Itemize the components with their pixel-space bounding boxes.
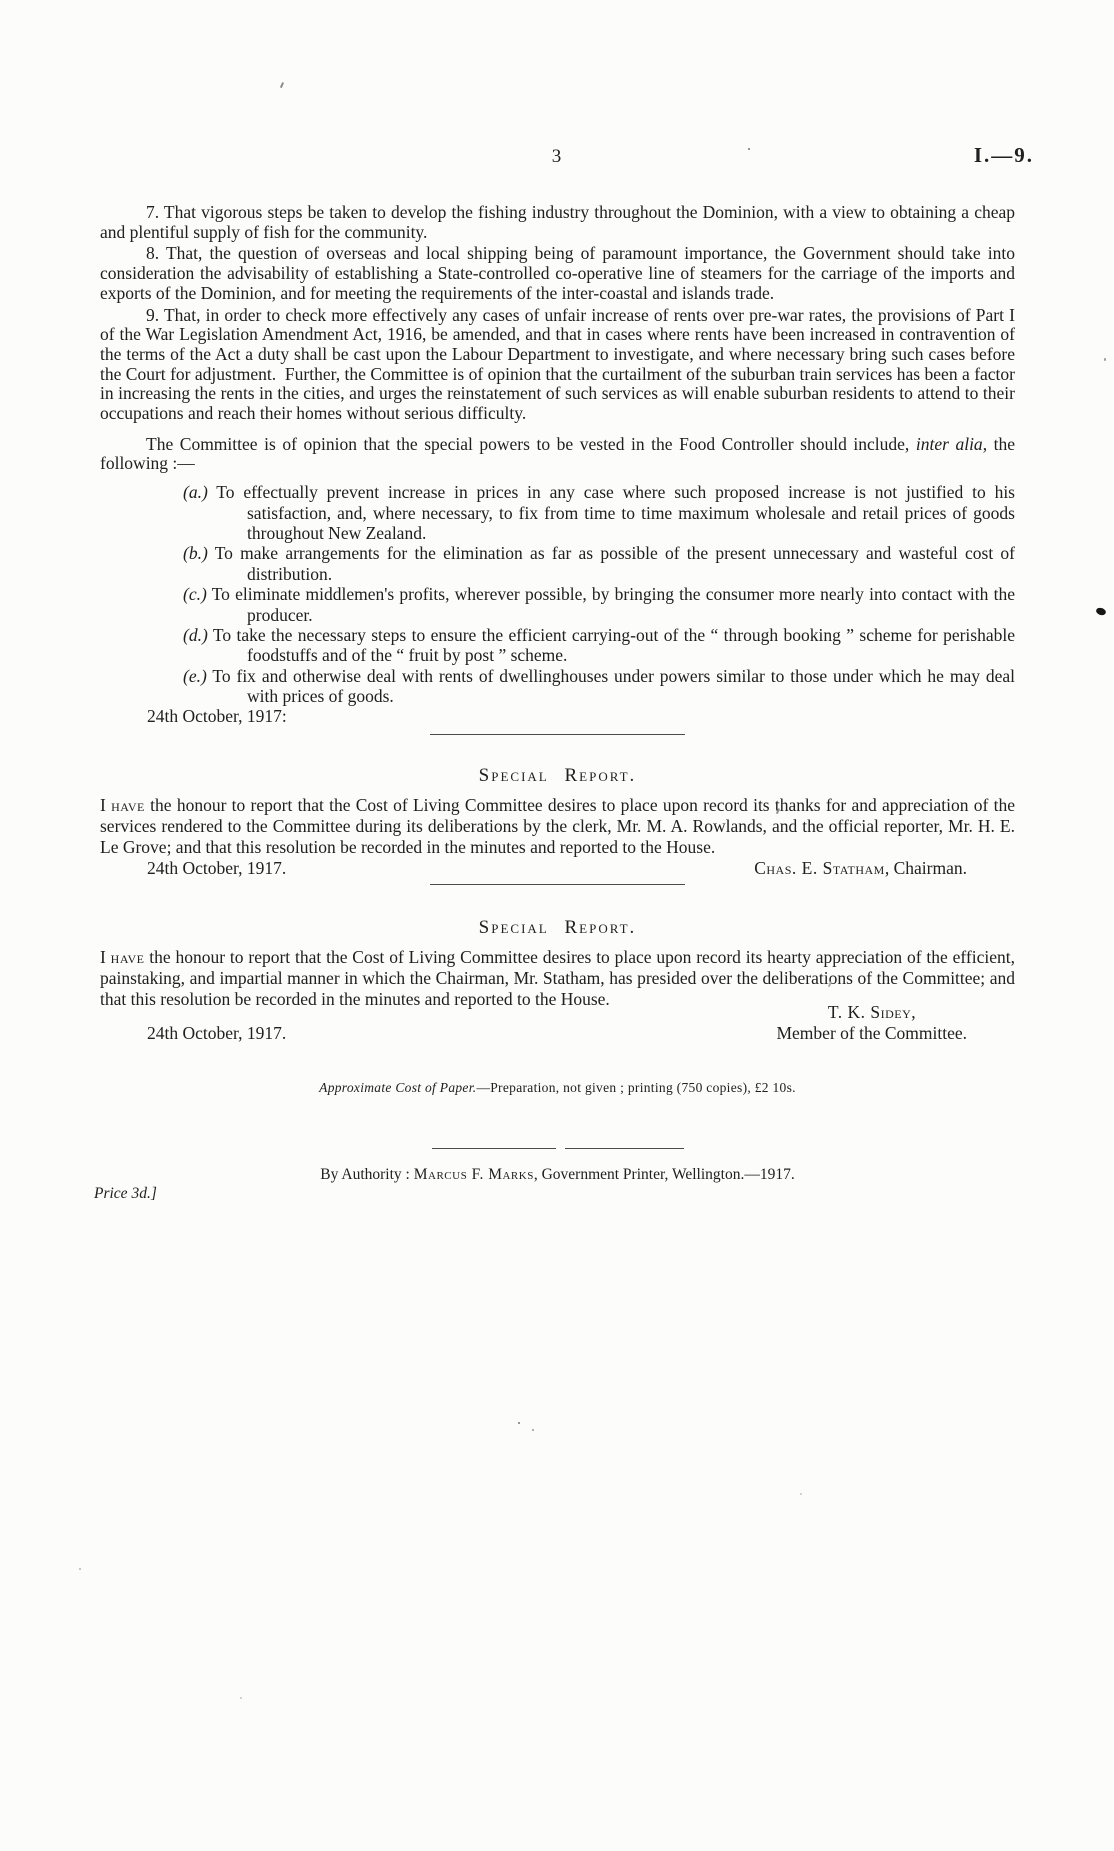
footer-divider [100, 1148, 1015, 1149]
report-1-body: the honour to report that the Cost of Li… [100, 795, 1015, 857]
paragraph-9: 9. That, in order to check more effectiv… [100, 306, 1015, 424]
member-name: T. K. Sidey [828, 1002, 911, 1022]
report-2-lead: I [100, 947, 106, 967]
price-note: Price 3d.] [94, 1184, 1015, 1204]
list-item-b: (b.) To make arrangements for the elimin… [100, 543, 1015, 584]
paragraph-8: 8. That, the question of overseas and lo… [100, 244, 1015, 303]
member-signature: T. K. Sidey, Member of the Committee. [776, 1002, 967, 1044]
report-date-1: 24th October, 1917. [147, 859, 286, 879]
special-report-heading-1: Special Report. [100, 765, 1015, 787]
cost-note-detail: —Preparation, not given ; printing (750 … [476, 1080, 795, 1095]
food-controller-powers-list: (a.) To effectually prevent increase in … [100, 482, 1015, 706]
item-label-b: (b.) [183, 543, 208, 563]
member-role: Member of the Committee. [776, 1023, 967, 1044]
paragraph-7: 7. That vigorous steps be taken to devel… [100, 203, 1015, 242]
resolutions-date: 24th October, 1917: [147, 707, 1015, 727]
item-text-d: To take the necessary steps to ensure th… [213, 625, 1015, 665]
authority-imprint: By Authority : Marcus F. Marks, Governme… [100, 1165, 1015, 1184]
inter-alia-italic: inter alia [916, 434, 983, 454]
item-text-a: To effectually prevent increase in price… [216, 482, 1015, 543]
ink-speck [1104, 358, 1106, 361]
report-2-body: the honour to report that the Cost of Li… [100, 947, 1015, 1009]
authority-prefix: By Authority : [320, 1166, 413, 1183]
ink-speck [280, 82, 284, 88]
page-number: 3 [0, 146, 1114, 168]
item-label-a: (a.) [183, 482, 208, 502]
ink-speck [532, 1429, 534, 1431]
document-reference: I.—9. [974, 143, 1034, 168]
ink-speck [240, 1697, 242, 1699]
report-1-lead: I [100, 795, 106, 815]
member-name-line: T. K. Sidey, [776, 1002, 967, 1023]
committee-text-before: The Committee is of opinion that the spe… [146, 434, 916, 454]
report-2-lead-smallcaps: have [111, 947, 145, 967]
report-1-lead-smallcaps: have [111, 795, 145, 815]
special-report-text-2: I have the honour to report that the Cos… [100, 947, 1015, 1009]
chairman-name: Chas. E. Statham [754, 858, 885, 878]
footer-divider-segment [432, 1148, 556, 1149]
item-text-b: To make arrangements for the elimination… [215, 543, 1015, 583]
footer-divider-segment [565, 1148, 684, 1149]
item-text-e: To fix and otherwise deal with rents of … [212, 666, 1015, 706]
printer-name: Marcus F. Marks [414, 1166, 534, 1183]
list-item-d: (d.) To take the necessary steps to ensu… [100, 625, 1015, 666]
cost-of-paper-note: Approximate Cost of Paper.—Preparation, … [100, 1080, 1015, 1096]
ink-speck [800, 1493, 802, 1495]
ink-speck [79, 1568, 81, 1570]
committee-powers-paragraph: The Committee is of opinion that the spe… [100, 435, 1015, 474]
ink-speck [518, 1422, 520, 1424]
chairman-signature: Chas. E. Statham, Chairman. [754, 859, 967, 879]
chairman-title: , Chairman. [885, 858, 967, 878]
section-divider-1 [430, 734, 685, 735]
special-report-heading-2: Special Report. [100, 917, 1015, 939]
item-label-e: (e.) [183, 666, 207, 686]
report-date-2: 24th October, 1917. [147, 1024, 286, 1044]
member-name-comma: , [911, 1002, 915, 1022]
section-divider-2 [430, 884, 685, 885]
ink-blot [1095, 607, 1107, 617]
list-item-e: (e.) To fix and otherwise deal with rent… [100, 666, 1015, 707]
ink-speck [748, 148, 750, 150]
cost-note-lead: Approximate Cost of Paper. [319, 1080, 476, 1095]
signature-row-1: 24th October, 1917. Chas. E. Statham, Ch… [100, 859, 1015, 879]
special-report-text-1: I have the honour to report that the Cos… [100, 795, 1015, 857]
item-text-c: To eliminate middlemen's profits, wherev… [212, 584, 1015, 624]
authority-rest: , Government Printer, Wellington.—1917. [534, 1166, 795, 1183]
document-page: 3 I.—9. 7. That vigorous steps be taken … [0, 0, 1114, 1851]
page-content: 7. That vigorous steps be taken to devel… [100, 203, 1015, 1204]
item-label-d: (d.) [183, 625, 208, 645]
list-item-a: (a.) To effectually prevent increase in … [100, 482, 1015, 543]
item-label-c: (c.) [183, 584, 207, 604]
list-item-c: (c.) To eliminate middlemen's profits, w… [100, 584, 1015, 625]
